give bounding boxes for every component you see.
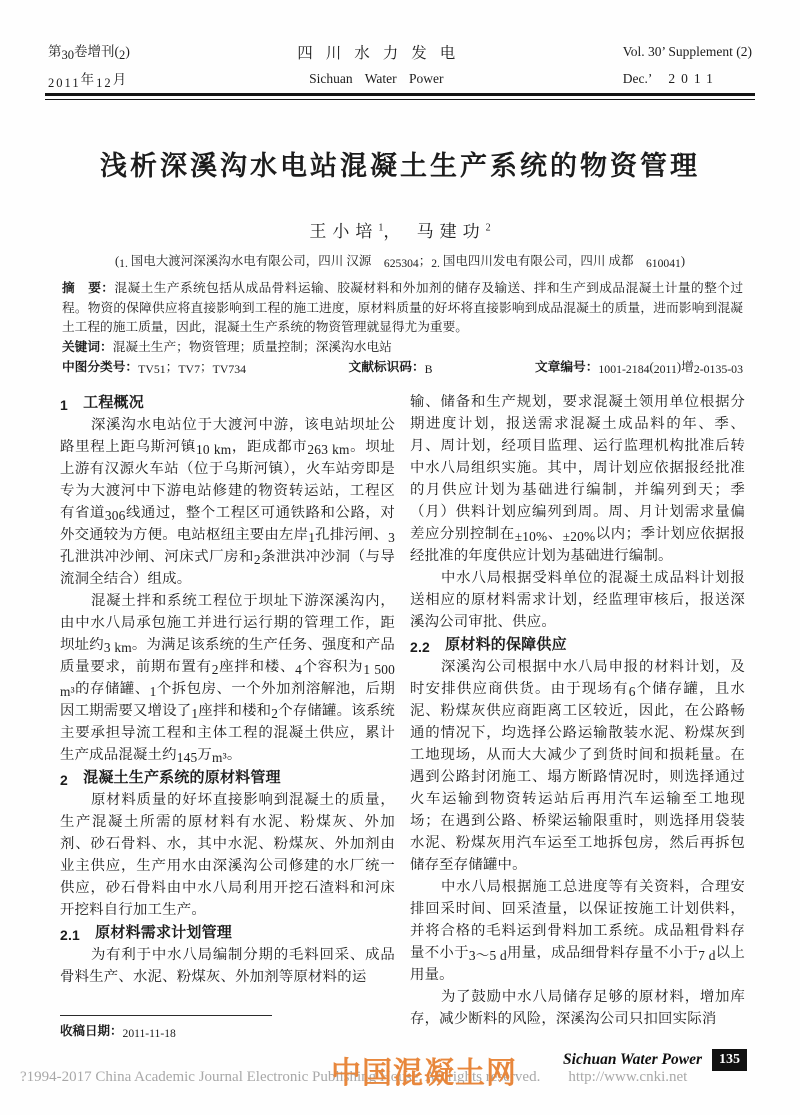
document-code: 文献标识码：B <box>349 358 433 378</box>
paragraph: 混凝土拌和系统工程位于坝址下游深溪沟内，由中水八局承包施工并进行运行期的管理工作… <box>60 590 395 766</box>
received-date-value: 2011-11-18 <box>123 1024 176 1038</box>
volume-line-en: Vol. 30’ Supplement (2) <box>623 38 752 65</box>
paragraph: 为了鼓励中水八局储存足够的原材料，增加库存，减少断料的风险，深溪沟公司只扣回实际… <box>410 986 745 1030</box>
abstract-label: 摘 要： <box>62 281 114 295</box>
article-meta: 摘 要：混凝土生产系统包括从成品骨料运输、胶凝材料和外加剂的储存及输送、拌和生产… <box>62 279 743 378</box>
paragraph: 原材料质量的好坏直接影响到混凝土的质量，生产混凝土所需的原材料有水泥、粉煤灰、外… <box>60 789 395 921</box>
section-heading-2-2: 2.2 原材料的保障供应 <box>410 633 745 656</box>
clc-number: 中图分类号：TV51；TV7；TV734 <box>62 358 246 378</box>
article-title: 浅析深溪沟水电站混凝土生产系统的物资管理 <box>0 144 800 183</box>
author-1: 王小培1 <box>309 222 383 241</box>
journal-name-block: 四川水力发电 Sichuan Water Power <box>284 38 468 87</box>
header-divider <box>45 93 755 100</box>
paragraph: 深溪沟公司根据中水八局申报的材料计划，及时安排供应商供货。由于现场有6个储存罐，… <box>410 656 745 876</box>
volume-line-cn: 第30卷增刊(2) <box>48 38 130 66</box>
section-heading-2: 2 混凝土生产系统的原材料管理 <box>60 766 395 789</box>
authors-line: 王小培1， 马建功2 <box>0 217 800 242</box>
watermark-logo: 中国混凝土网 <box>331 1048 517 1092</box>
section-heading-2-1: 2.1 原材料需求计划管理 <box>60 921 395 944</box>
affiliation-line: (1. 国电大渡河深溪沟水电有限公司，四川 汉源 625304；2. 国电四川发… <box>0 251 800 269</box>
header-volume-en: Vol. 30’ Supplement (2) Dec.’2011 <box>623 38 752 92</box>
keywords-label: 关键词： <box>62 340 113 354</box>
footer-journal-name: Sichuan Water Power <box>563 1051 702 1069</box>
paragraph: 深溪沟水电站位于大渡河中游，该电站坝址公路里程上距乌斯河镇10 km，距成都市2… <box>60 414 395 590</box>
date-line-en: Dec.’2011 <box>623 65 752 92</box>
journal-name-cn: 四川水力发电 <box>297 41 468 63</box>
journal-page-scan: 第30卷增刊(2) 2011年12月 四川水力发电 Sichuan Water … <box>0 0 800 1115</box>
left-column: 1 工程概况 深溪沟水电站位于大渡河中游，该电站坝址公路里程上距乌斯河镇10 k… <box>60 391 395 1030</box>
paragraph: 中水八局根据施工总进度等有关资料，合理安排回采时间、回采渣量，以保证按施工计划供… <box>410 876 745 986</box>
right-column: 输、储备和生产规划，要求混凝土领用单位根据分期进度计划，报送需求混凝土成品料的年… <box>410 391 745 1030</box>
journal-name-en: Sichuan Water Power <box>284 71 468 87</box>
classification-line: 中图分类号：TV51；TV7；TV734 文献标识码：B 文章编号：1001-2… <box>62 358 743 378</box>
page-number-badge: 135 <box>712 1049 747 1071</box>
paragraph: 输、储备和生产规划，要求混凝土领用单位根据分期进度计划，报送需求混凝土成品料的年… <box>410 391 745 567</box>
journal-header: 第30卷增刊(2) 2011年12月 四川水力发电 Sichuan Water … <box>48 38 752 94</box>
received-date-note: 收稿日期：2011-11-18 <box>60 1015 272 1039</box>
date-line-cn: 2011年12月 <box>48 66 130 94</box>
paragraph: 中水八局根据受料单位的混凝土成品料计划报送相应的原材料需求计划，经监理审核后，报… <box>410 567 745 633</box>
author-2: 马建功2 <box>417 222 491 241</box>
cnki-url: http://www.cnki.net <box>568 1069 687 1085</box>
article-body: 1 工程概况 深溪沟水电站位于大渡河中游，该电站坝址公路里程上距乌斯河镇10 k… <box>60 391 745 1030</box>
footer-journal-block: Sichuan Water Power 135 <box>563 1049 747 1071</box>
article-id: 文章编号：1001-2184(2011)增2-0135-03 <box>535 358 743 378</box>
paragraph: 为有利于中水八局编制分期的毛料回采、成品骨料生产、水泥、粉煤灰、外加剂等原材料的… <box>60 944 395 988</box>
author-separator: ， <box>383 222 406 241</box>
keywords: 关键词：混凝土生产；物资管理；质量控制；深溪沟水电站 <box>62 338 743 358</box>
abstract: 摘 要：混凝土生产系统包括从成品骨料运输、胶凝材料和外加剂的储存及输送、拌和生产… <box>62 279 743 338</box>
header-volume-cn: 第30卷增刊(2) 2011年12月 <box>48 38 130 94</box>
section-heading-1: 1 工程概况 <box>60 391 395 414</box>
author-2-superscript: 2 <box>486 222 491 233</box>
received-date-label: 收稿日期： <box>60 1024 123 1038</box>
